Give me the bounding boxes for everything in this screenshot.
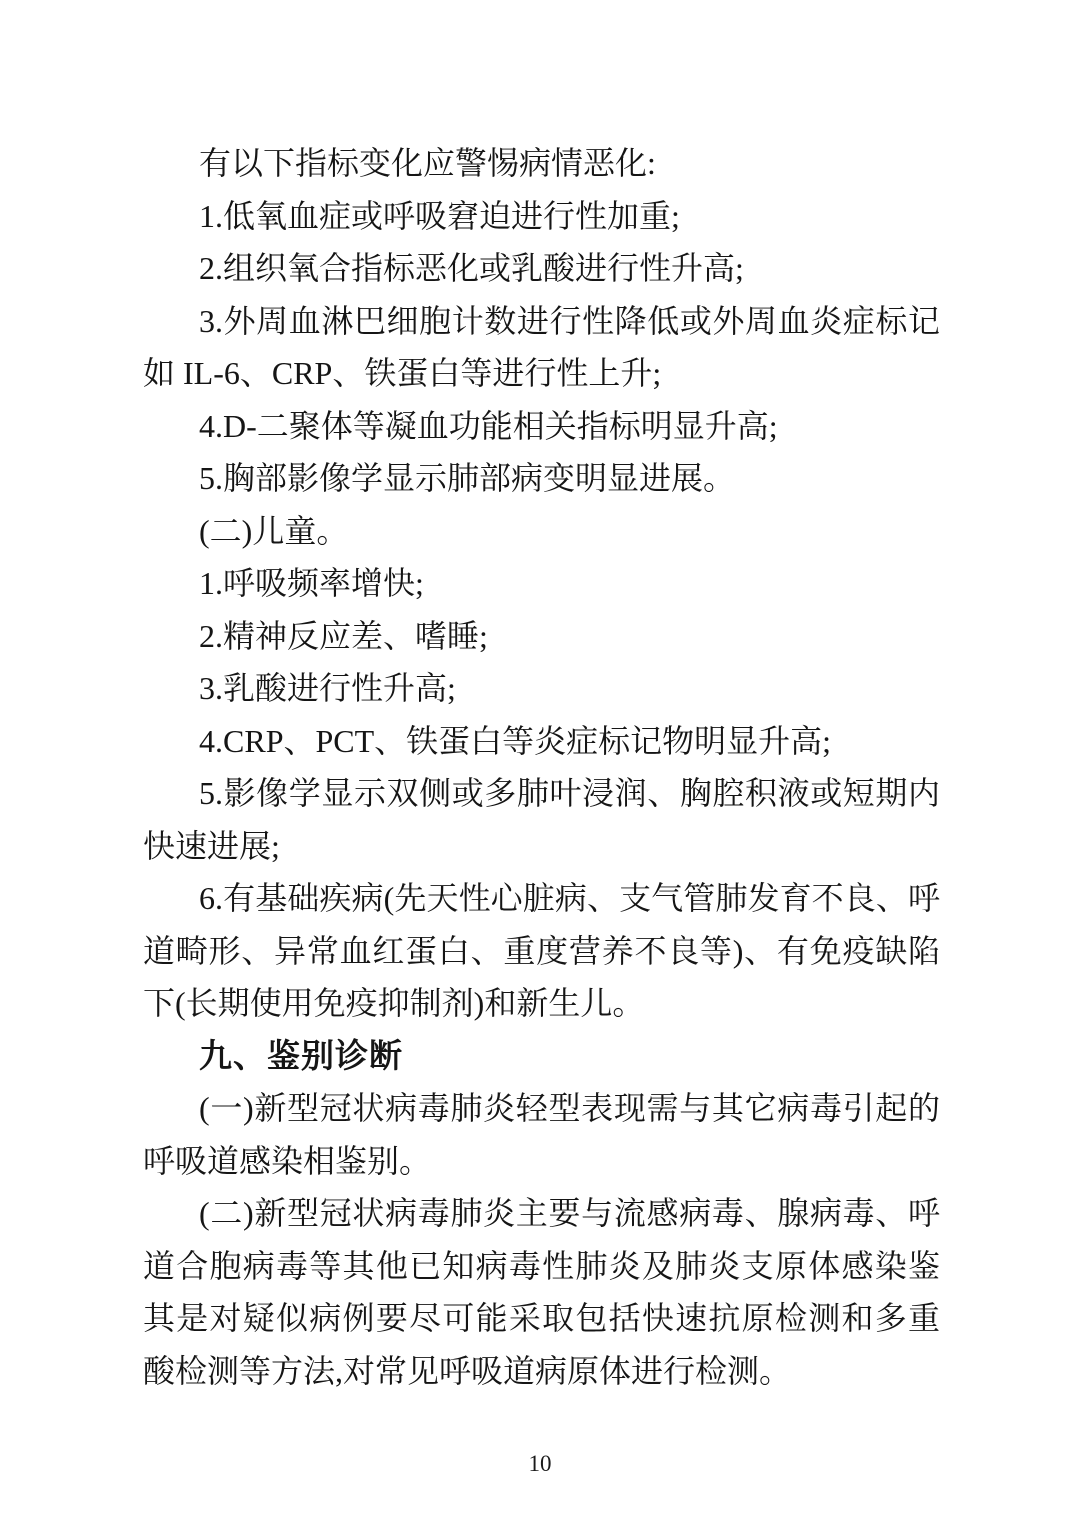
paragraph-line: 6.有基础疾病(先天性心脏病、支气管肺发育不良、呼吸 xyxy=(143,872,940,925)
paragraph-line: 酸检测等方法,对常见呼吸道病原体进行检测。 xyxy=(143,1345,940,1398)
paragraph-line: 1.呼吸频率增快; xyxy=(143,557,940,610)
paragraph-line: 4.D-二聚体等凝血功能相关指标明显升高; xyxy=(143,400,940,453)
document-page: 有以下指标变化应警惕病情恶化:1.低氧血症或呼吸窘迫进行性加重;2.组织氧合指标… xyxy=(0,0,1080,1527)
paragraph-line: 有以下指标变化应警惕病情恶化: xyxy=(143,137,940,190)
paragraph-line: 4.CRP、PCT、铁蛋白等炎症标记物明显升高; xyxy=(143,715,940,768)
paragraph-line: 如 IL-6、CRP、铁蛋白等进行性上升; xyxy=(143,347,940,400)
paragraph-line: 2.精神反应差、嗜睡; xyxy=(143,610,940,663)
page-number: 10 xyxy=(529,1451,552,1476)
paragraph-line: 呼吸道感染相鉴别。 xyxy=(143,1135,940,1188)
page-footer: 10 xyxy=(0,1449,1080,1479)
paragraph-line: 下(长期使用免疫抑制剂)和新生儿。 xyxy=(143,977,940,1030)
paragraph-line: 1.低氧血症或呼吸窘迫进行性加重; xyxy=(143,190,940,243)
paragraph-line: 2.组织氧合指标恶化或乳酸进行性升高; xyxy=(143,242,940,295)
paragraph-line: 快速进展; xyxy=(143,820,940,873)
section-heading: 九、鉴别诊断 xyxy=(143,1030,940,1083)
paragraph-line: 5.影像学显示双侧或多肺叶浸润、胸腔积液或短期内病变 xyxy=(143,767,940,820)
text-block: 有以下指标变化应警惕病情恶化:1.低氧血症或呼吸窘迫进行性加重;2.组织氧合指标… xyxy=(143,137,940,1397)
paragraph-line: (二)儿童。 xyxy=(143,505,940,558)
paragraph-line: 其是对疑似病例要尽可能采取包括快速抗原检测和多重 PCR 核 xyxy=(143,1292,940,1345)
paragraph-line: 3.外周血淋巴细胞计数进行性降低或外周血炎症标记物 xyxy=(143,295,940,348)
paragraph-line: 道合胞病毒等其他已知病毒性肺炎及肺炎支原体感染鉴别,尤 xyxy=(143,1240,940,1293)
paragraph-line: (一)新型冠状病毒肺炎轻型表现需与其它病毒引起的上 xyxy=(143,1082,940,1135)
paragraph-line: (二)新型冠状病毒肺炎主要与流感病毒、腺病毒、呼吸 xyxy=(143,1187,940,1240)
paragraph-line: 道畸形、异常血红蛋白、重度营养不良等)、有免疫缺陷或低 xyxy=(143,925,940,978)
paragraph-line: 3.乳酸进行性升高; xyxy=(143,662,940,715)
paragraph-line: 5.胸部影像学显示肺部病变明显进展。 xyxy=(143,452,940,505)
